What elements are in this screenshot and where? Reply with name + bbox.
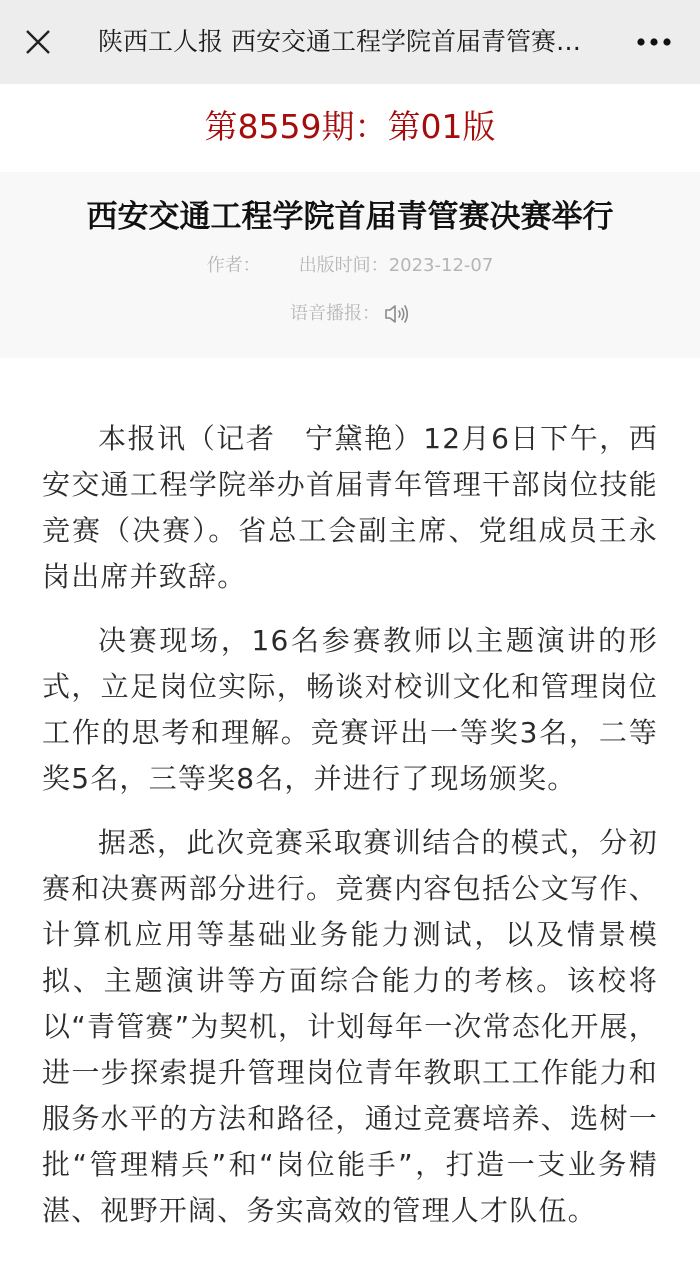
publish-label: 出版时间：	[299, 255, 389, 276]
article-header: 西安交通工程学院首届青管赛决赛举行 作者：出版时间：2023-12-07 语音播…	[0, 172, 700, 358]
issue-label: 第8559期：第01版	[205, 101, 496, 148]
close-icon	[24, 28, 52, 56]
issue-section: 第8559期：第01版	[0, 84, 700, 172]
more-horizontal-icon	[634, 37, 674, 47]
more-options-button[interactable]	[630, 22, 678, 62]
article-meta: 作者：出版时间：2023-12-07	[0, 253, 700, 279]
article-title: 西安交通工程学院首届青管赛决赛举行	[0, 195, 700, 239]
article-paragraph: 决赛现场，16名参赛教师以主题演讲的形式，立足岗位实际，畅谈对校训文化和管理岗位…	[42, 618, 658, 802]
page-title: 陕西工人报 西安交通工程学院首届青管赛决赛举行	[98, 24, 582, 60]
top-navigation-bar: 陕西工人报 西安交通工程学院首届青管赛决赛举行	[0, 0, 700, 84]
speaker-icon	[384, 303, 410, 325]
article-body: 本报讯（记者 宁黛艳）12月6日下午，西安交通工程学院举办首届青年管理干部岗位技…	[0, 358, 700, 1234]
author-label: 作者：	[207, 255, 261, 276]
audio-play-button[interactable]	[384, 303, 410, 325]
article-paragraph: 据悉，此次竞赛采取赛训结合的模式，分初赛和决赛两部分进行。竞赛内容包括公文写作、…	[42, 820, 658, 1234]
audio-broadcast-row: 语音播报：	[0, 301, 700, 327]
close-button[interactable]	[18, 22, 58, 62]
article-paragraph: 本报讯（记者 宁黛艳）12月6日下午，西安交通工程学院举办首届青年管理干部岗位技…	[42, 416, 658, 600]
audio-label: 语音播报：	[290, 301, 380, 327]
publish-date: 2023-12-07	[389, 255, 494, 276]
